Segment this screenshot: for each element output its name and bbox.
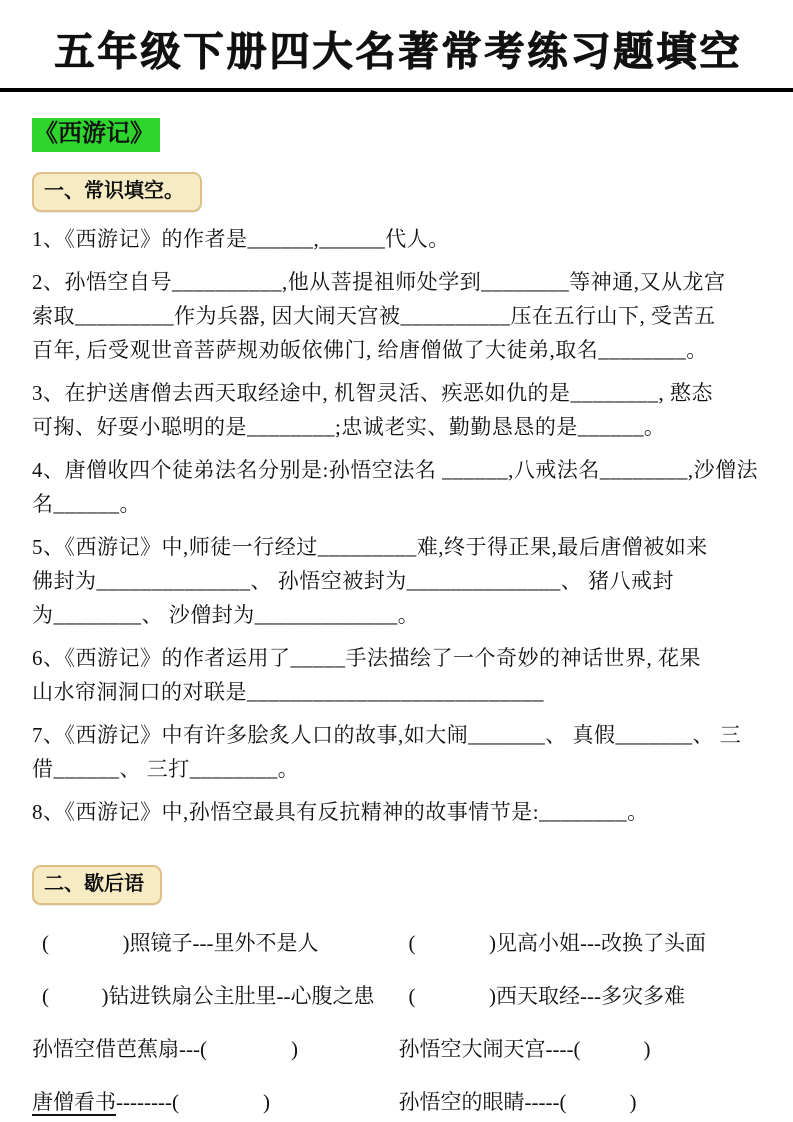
question-line: 4、唐僧收四个徒弟法名分别是:孙悟空法名 ______,八戒法名________…	[32, 453, 765, 487]
question-7: 7、《西游记》中有许多脍炙人口的故事,如大闹_______、 真假_______…	[32, 718, 765, 786]
question-line: 8、《西游记》中,孙悟空最具有反抗精神的故事情节是:________。	[32, 795, 765, 829]
question-6: 6、《西游记》的作者运用了_____手法描绘了一个奇妙的神话世界, 花果 山水帘…	[32, 641, 765, 709]
question-line: 名______。	[32, 487, 765, 521]
question-8: 8、《西游记》中,孙悟空最具有反抗精神的故事情节是:________。	[32, 795, 765, 829]
question-line: 5、《西游记》中,师徒一行经过_________难,终于得正果,最后唐僧被如来	[32, 530, 765, 564]
xiehouyu-row: ( )钻进铁扇公主肚里--心腹之患 ( )西天取经---多灾多难	[32, 981, 765, 1011]
question-line: 为________、 沙僧封为_____________。	[32, 598, 765, 632]
question-line: 借______、 三打________。	[32, 752, 765, 786]
question-2: 2、孙悟空自号__________,他从菩提祖师处学到________等神通,又…	[32, 265, 765, 367]
xiehouyu-item: 唐僧看书--------( )	[32, 1087, 399, 1117]
question-line: 3、在护送唐僧去西天取经途中, 机智灵活、疾恶如仇的是________, 憨态	[32, 376, 765, 410]
page-title: 五年级下册四大名著常考练习题填空	[32, 28, 765, 76]
xiehouyu-list: ( )照镜子---里外不是人 ( )见高小姐---改换了头面 ( )钻进铁扇公主…	[32, 928, 765, 1117]
question-line: 7、《西游记》中有许多脍炙人口的故事,如大闹_______、 真假_______…	[32, 718, 765, 752]
section2-heading: 二、歇后语	[32, 865, 162, 905]
section1-heading: 一、常识填空。	[32, 172, 202, 212]
question-line: 1、《西游记》的作者是______,______代人。	[32, 222, 765, 256]
question-3: 3、在护送唐僧去西天取经途中, 机智灵活、疾恶如仇的是________, 憨态 …	[32, 376, 765, 444]
question-1: 1、《西游记》的作者是______,______代人。	[32, 222, 765, 256]
xiehouyu-item: ( )西天取经---多灾多难	[409, 981, 766, 1011]
xiehouyu-item: ( )钻进铁扇公主肚里--心腹之患	[32, 981, 409, 1011]
xiehouyu-item: 孙悟空的眼睛-----( )	[399, 1087, 766, 1117]
question-line: 百年, 后受观世音菩萨规劝皈依佛门, 给唐僧做了大徒弟,取名________。	[32, 333, 765, 367]
xiehouyu-item-rest: --------( )	[116, 1090, 270, 1114]
worksheet-page: 五年级下册四大名著常考练习题填空 《西游记》 一、常识填空。 1、《西游记》的作…	[0, 0, 793, 1122]
question-line: 山水帘洞洞口的对联是___________________________	[32, 675, 765, 709]
xiehouyu-row: ( )照镜子---里外不是人 ( )见高小姐---改换了头面	[32, 928, 765, 958]
xiehouyu-item: ( )见高小姐---改换了头面	[409, 928, 766, 958]
question-line: 可掬、好耍小聪明的是________;忠诚老实、勤勤恳恳的是______。	[32, 410, 765, 444]
xiehouyu-underlined-text: 唐僧看书	[32, 1090, 116, 1114]
question-list: 1、《西游记》的作者是______,______代人。 2、孙悟空自号_____…	[32, 222, 765, 829]
xiehouyu-row: 唐僧看书--------( ) 孙悟空的眼睛-----( )	[32, 1087, 765, 1117]
xiehouyu-item: 孙悟空大闹天宫----( )	[399, 1034, 766, 1064]
question-line: 6、《西游记》的作者运用了_____手法描绘了一个奇妙的神话世界, 花果	[32, 641, 765, 675]
question-line: 索取_________作为兵器, 因大闹天宫被__________压在五行山下,…	[32, 299, 765, 333]
xiehouyu-item: 孙悟空借芭蕉扇---( )	[32, 1034, 399, 1064]
question-5: 5、《西游记》中,师徒一行经过_________难,终于得正果,最后唐僧被如来 …	[32, 530, 765, 632]
xiehouyu-item: ( )照镜子---里外不是人	[32, 928, 409, 958]
question-4: 4、唐僧收四个徒弟法名分别是:孙悟空法名 ______,八戒法名________…	[32, 453, 765, 521]
xiehouyu-row: 孙悟空借芭蕉扇---( ) 孙悟空大闹天宫----( )	[32, 1034, 765, 1064]
book-tag: 《西游记》	[32, 118, 160, 152]
question-line: 2、孙悟空自号__________,他从菩提祖师处学到________等神通,又…	[32, 265, 765, 299]
question-line: 佛封为______________、 孙悟空被封为______________、…	[32, 564, 765, 598]
